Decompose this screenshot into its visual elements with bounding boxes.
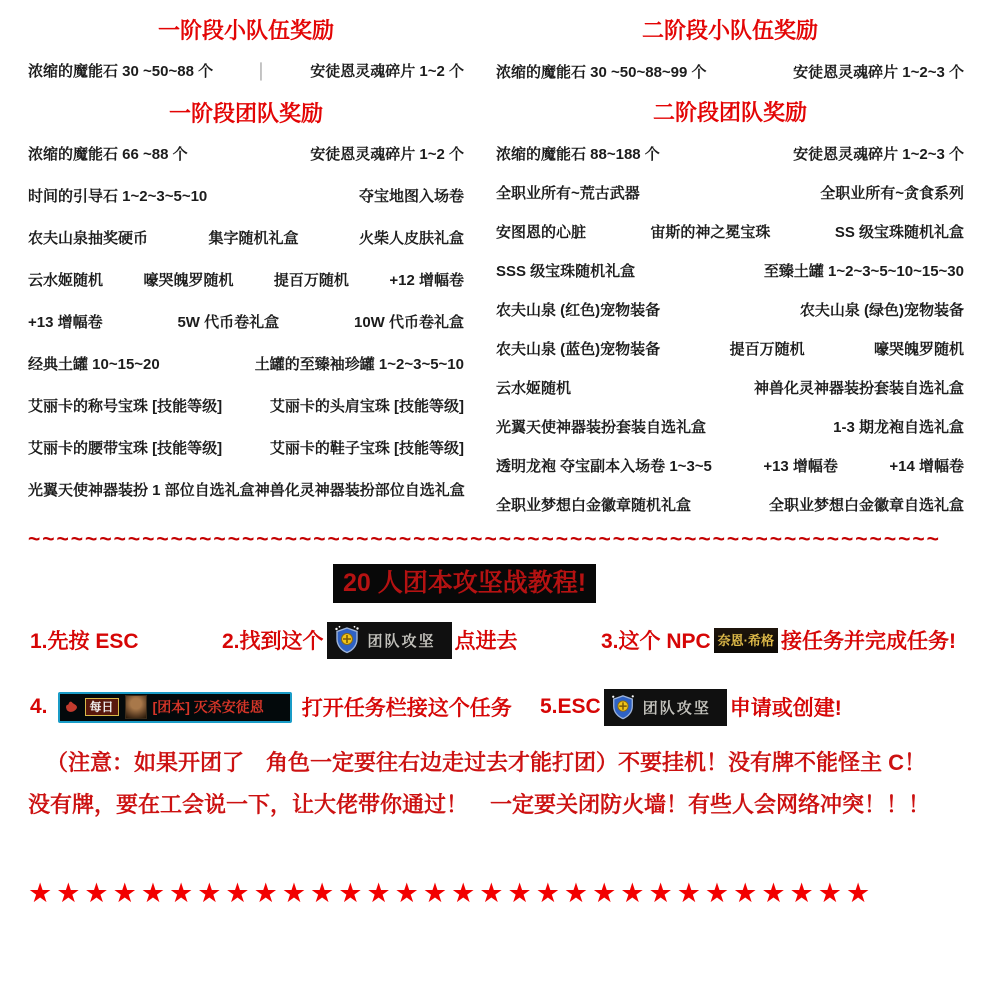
stage2-team-title: 二阶段团队奖励 — [496, 98, 964, 128]
reward-item: 艾丽卡的头肩宝珠 [技能等级] — [270, 397, 464, 417]
section-stage2-squad: 二阶段小队伍奖励 浓缩的魔能石 30 ~50~88~99 个安徒恩灵魂碎片 1~… — [496, 16, 964, 83]
tutorial-title: 20 人团本攻坚战教程! — [343, 569, 586, 597]
reward-item: 时间的引导石 1~2~3~5~10 — [28, 187, 207, 207]
step-4-suffix: 打开任务栏接这个任务 — [302, 692, 512, 722]
reward-row: SSS 级宝珠随机礼盒至臻土罐 1~2~3~5~10~15~30 — [496, 261, 964, 282]
team-raid-button-screenshot: 团队攻坚 — [327, 622, 452, 659]
steps-row-1: 1.先按 ESC 2.找到这个 团队攻坚 点进去 3.这个 NPC 奈恩·希格 — [30, 620, 956, 660]
warning-note-2: 没有牌，要在工会说一下，让大佬带你通过！ 一定要关闭防火墙！有些人会网络冲突！！… — [28, 790, 930, 820]
reward-item: 集字随机礼盒 — [208, 229, 298, 249]
reward-item: 火柴人皮肤礼盒 — [359, 229, 464, 249]
page: 一阶段小队伍奖励 浓缩的魔能石 30 ~50~88 个│安徒恩灵魂碎片 1~2 … — [0, 0, 984, 982]
reward-item: 安徒恩灵魂碎片 1~2 个 — [310, 145, 464, 165]
reward-item: SS 级宝珠随机礼盒 — [835, 222, 964, 243]
stage2-rewards-column: 二阶段小队伍奖励 浓缩的魔能石 30 ~50~88~99 个安徒恩灵魂碎片 1~… — [496, 12, 964, 516]
step-5-suffix: 申请或创建! — [730, 692, 842, 722]
reward-item: 经典土罐 10~15~20 — [28, 355, 160, 375]
reward-row: 安图恩的心脏宙斯的神之冕宝珠SS 级宝珠随机礼盒 — [496, 222, 964, 243]
team-raid-button-label: 团队攻坚 — [643, 697, 711, 718]
reward-row: 光翼天使神器装扮 1 部位自选礼盒神兽化灵神器装扮部位自选礼盒 — [28, 481, 464, 501]
shield-icon — [610, 693, 636, 721]
reward-item: 提百万随机 — [274, 271, 349, 291]
npc-portrait-icon — [125, 695, 147, 719]
reward-item: 艾丽卡的腰带宝珠 [技能等级] — [28, 439, 222, 459]
reward-item: 安徒恩灵魂碎片 1~2 个 — [310, 62, 464, 82]
reward-item: 云水姬随机 — [28, 271, 103, 291]
reward-item: 土罐的至臻袖珍罐 1~2~3~5~10 — [255, 355, 464, 375]
reward-row: 光翼天使神器装扮套装自选礼盒1-3 期龙袍自选礼盒 — [496, 417, 964, 438]
quest-text: [团本] 灭杀安徒恩 — [153, 697, 264, 717]
step-1-text: 1.先按 ESC — [30, 625, 139, 655]
reward-row: 农夫山泉 (蓝色)宠物装备提百万随机嚎哭魄罗随机 — [496, 339, 964, 360]
reward-row: 艾丽卡的称号宝珠 [技能等级]艾丽卡的头肩宝珠 [技能等级] — [28, 397, 464, 417]
shield-icon — [333, 625, 361, 655]
team-raid-button-label: 团队攻坚 — [368, 630, 436, 651]
reward-row: 时间的引导石 1~2~3~5~10夺宝地图入场卷 — [28, 187, 464, 207]
step-2-suffix: 点进去 — [455, 625, 518, 655]
team-raid-button-screenshot-2: 团队攻坚 — [604, 689, 727, 726]
stage1-team-rows: 浓缩的魔能石 66 ~88 个安徒恩灵魂碎片 1~2 个时间的引导石 1~2~3… — [28, 129, 464, 501]
reward-item: 夺宝地图入场卷 — [359, 187, 464, 207]
step-3-suffix: 接任务并完成任务! — [781, 625, 956, 655]
reward-row: 艾丽卡的腰带宝珠 [技能等级]艾丽卡的鞋子宝珠 [技能等级] — [28, 439, 464, 459]
stage1-squad-title: 一阶段小队伍奖励 — [28, 16, 464, 46]
reward-row: +13 增幅卷5W 代币卷礼盒10W 代币卷礼盒 — [28, 313, 464, 333]
reward-item: 光翼天使神器装扮套装自选礼盒 — [496, 417, 706, 438]
stage1-squad-rows: 浓缩的魔能石 30 ~50~88 个│安徒恩灵魂碎片 1~2 个 — [28, 46, 464, 82]
stage1-rewards-column: 一阶段小队伍奖励 浓缩的魔能石 30 ~50~88 个│安徒恩灵魂碎片 1~2 … — [28, 12, 464, 501]
stage2-squad-title: 二阶段小队伍奖励 — [496, 16, 964, 46]
section-stage1-squad: 一阶段小队伍奖励 浓缩的魔能石 30 ~50~88 个│安徒恩灵魂碎片 1~2 … — [28, 16, 464, 82]
tilde-divider: ~~~~~~~~~~~~~~~~~~~~~~~~~~~~~~~~~~~~~~~~… — [28, 528, 958, 552]
reward-item: 农夫山泉 (绿色)宠物装备 — [800, 300, 964, 321]
reward-item: 全职业梦想白金徽章自选礼盒 — [769, 495, 964, 516]
reward-row: 农夫山泉抽奖硬币集字随机礼盒火柴人皮肤礼盒 — [28, 229, 464, 249]
reward-item: 艾丽卡的称号宝珠 [技能等级] — [28, 397, 222, 417]
stage2-team-rows: 浓缩的魔能石 88~188 个安徒恩灵魂碎片 1~2~3 个全职业所有~荒古武器… — [496, 128, 964, 516]
npc-nameplate-screenshot: 奈恩·希格 — [714, 628, 778, 653]
reward-row: 浓缩的魔能石 88~188 个安徒恩灵魂碎片 1~2~3 个 — [496, 144, 964, 165]
quest-bar-screenshot: 每日 [团本] 灭杀安徒恩 — [58, 692, 292, 723]
reward-item: +12 增幅卷 — [389, 271, 464, 291]
reward-item: 宙斯的神之冕宝珠 — [650, 222, 770, 243]
reward-item: 艾丽卡的鞋子宝珠 [技能等级] — [270, 439, 464, 459]
reward-row: 浓缩的魔能石 30 ~50~88~99 个安徒恩灵魂碎片 1~2~3 个 — [496, 62, 964, 83]
step-5-group: 5.ESC 团队攻坚 申请或创建! — [540, 690, 842, 724]
column-divider: │ — [257, 62, 266, 82]
reward-item: +14 增幅卷 — [889, 456, 964, 477]
reward-item: 安徒恩灵魂碎片 1~2~3 个 — [793, 62, 964, 83]
reward-item: 嚎哭魄罗随机 — [143, 271, 233, 291]
reward-row: 经典土罐 10~15~20土罐的至臻袖珍罐 1~2~3~5~10 — [28, 355, 464, 375]
reward-row: 浓缩的魔能石 30 ~50~88 个│安徒恩灵魂碎片 1~2 个 — [28, 62, 464, 82]
reward-item: 提百万随机 — [730, 339, 805, 360]
star-row: ★★★★★★★★★★★★★★★★★★★★★★★★★★★★★★ — [28, 876, 964, 912]
section-stage1-team: 一阶段团队奖励 浓缩的魔能石 66 ~88 个安徒恩灵魂碎片 1~2 个时间的引… — [28, 99, 464, 501]
reward-row: 全职业梦想白金徽章随机礼盒全职业梦想白金徽章自选礼盒 — [496, 495, 964, 516]
reward-item: 全职业梦想白金徽章随机礼盒 — [496, 495, 691, 516]
reward-item: 农夫山泉 (蓝色)宠物装备 — [496, 339, 660, 360]
reward-row: 云水姬随机嚎哭魄罗随机提百万随机+12 增幅卷 — [28, 271, 464, 291]
reward-item: 农夫山泉 (红色)宠物装备 — [496, 300, 660, 321]
reward-item: 嚎哭魄罗随机 — [874, 339, 964, 360]
reward-row: 浓缩的魔能石 66 ~88 个安徒恩灵魂碎片 1~2 个 — [28, 145, 464, 165]
reward-item: 农夫山泉抽奖硬币 — [28, 229, 148, 249]
quest-hand-icon — [64, 700, 79, 715]
step-4-prefix: 4. — [30, 695, 48, 719]
reward-item: 10W 代币卷礼盒 — [354, 313, 464, 333]
step-2-prefix: 2.找到这个 — [222, 625, 324, 655]
reward-item: 全职业所有~荒古武器 — [496, 183, 640, 204]
daily-badge: 每日 — [85, 698, 119, 716]
reward-row: 透明龙袍 夺宝副本入场卷 1~3~5+13 增幅卷+14 增幅卷 — [496, 456, 964, 477]
reward-item: 至臻土罐 1~2~3~5~10~15~30 — [764, 261, 964, 282]
reward-item: SSS 级宝珠随机礼盒 — [496, 261, 635, 282]
reward-item: 浓缩的魔能石 30 ~50~88~99 个 — [496, 62, 707, 83]
step-5-prefix: 5.ESC — [540, 695, 601, 719]
reward-item: 浓缩的魔能石 88~188 个 — [496, 144, 660, 165]
reward-item: 透明龙袍 夺宝副本入场卷 1~3~5 — [496, 456, 712, 477]
stage2-squad-rows: 浓缩的魔能石 30 ~50~88~99 个安徒恩灵魂碎片 1~2~3 个 — [496, 46, 964, 83]
reward-item: 神兽化灵神器装扮部位自选礼盒 — [255, 481, 465, 501]
step-4-group: 4. 每日 [团本] 灭杀安徒恩 打开任务栏接这个任务 — [30, 690, 512, 724]
reward-item: 全职业所有~贪食系列 — [820, 183, 964, 204]
reward-item: +13 增幅卷 — [763, 456, 838, 477]
reward-item: 浓缩的魔能石 30 ~50~88 个 — [28, 62, 213, 82]
warning-note-1: （注意：如果开团了 角色一定要往右边走过去才能打团）不要挂机！没有牌不能怪主 C… — [46, 748, 926, 778]
reward-item: 1-3 期龙袍自选礼盒 — [833, 417, 964, 438]
reward-row: 全职业所有~荒古武器全职业所有~贪食系列 — [496, 183, 964, 204]
step-3-prefix: 3.这个 NPC — [601, 625, 711, 655]
reward-item: +13 增幅卷 — [28, 313, 103, 333]
reward-item: 神兽化灵神器装扮套装自选礼盒 — [754, 378, 964, 399]
reward-item: 5W 代币卷礼盒 — [177, 313, 279, 333]
reward-item: 浓缩的魔能石 66 ~88 个 — [28, 145, 188, 165]
reward-row: 云水姬随机神兽化灵神器装扮套装自选礼盒 — [496, 378, 964, 399]
step-2-group: 2.找到这个 团队攻坚 点进去 — [222, 622, 518, 659]
step-3-group: 3.这个 NPC 奈恩·希格 接任务并完成任务! — [601, 625, 956, 655]
reward-row: 农夫山泉 (红色)宠物装备农夫山泉 (绿色)宠物装备 — [496, 300, 964, 321]
reward-item: 光翼天使神器装扮 1 部位自选礼盒 — [28, 481, 255, 501]
tutorial-title-box: 20 人团本攻坚战教程! — [333, 564, 596, 603]
reward-item: 云水姬随机 — [496, 378, 571, 399]
reward-item: 安图恩的心脏 — [496, 222, 586, 243]
stage1-team-title: 一阶段团队奖励 — [28, 99, 464, 129]
section-stage2-team: 二阶段团队奖励 浓缩的魔能石 88~188 个安徒恩灵魂碎片 1~2~3 个全职… — [496, 98, 964, 516]
reward-item: 安徒恩灵魂碎片 1~2~3 个 — [793, 144, 964, 165]
